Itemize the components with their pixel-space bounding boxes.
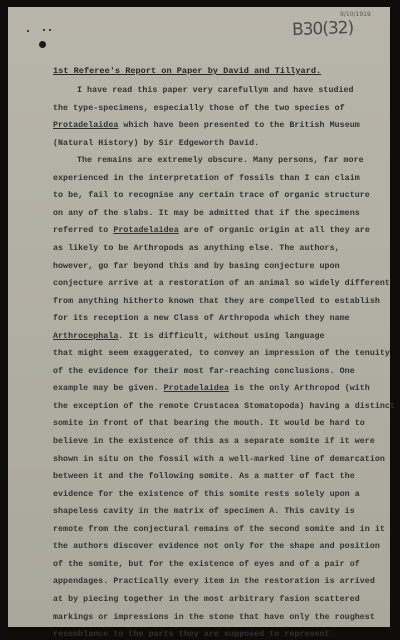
text-line: of the evidence for their most far-reach… [53,367,355,376]
text-span: (Natural History) by Sir Edgeworth David… [53,139,259,148]
text-line: referred to Protadelaidea are of organic… [53,226,370,235]
text-line: for its reception a new Class of Arthrop… [53,314,350,323]
punch-hole-mark [39,41,46,48]
text-line: somite in front of that bearing the mout… [53,419,365,428]
underlined-taxon-name: Protadelaidea [164,384,229,393]
text-span: experienced in the interpretation of fos… [53,174,360,183]
text-span: shown in situ on the fossil with a well-… [53,455,385,464]
text-line: appendages. Practically every item in th… [53,577,375,586]
text-span: at by piecing together in the most arbit… [53,595,360,604]
text-line: at by piecing together in the most arbit… [53,595,360,604]
text-line: as likely to be Arthropods as anything e… [53,244,340,253]
text-span: that might seem exaggerated, to convey a… [53,349,390,358]
text-line: however, go far beyond this and by basin… [53,262,340,271]
text-line: I have read this paper very carefullym a… [77,86,354,95]
text-line: evidence for the existence of this somit… [53,490,360,499]
text-line: conjecture arrive at a restoration of an… [53,279,390,288]
text-span: of the somite, but for the existence of … [53,560,360,569]
text-line: that might seem exaggerated, to convey a… [53,349,390,358]
underlined-taxon-name: Protadelaidea [53,121,118,130]
text-span: from anything hitherto known that they a… [53,297,380,306]
text-span: markings or impressions in the stone tha… [53,613,375,622]
ink-speck [43,29,45,31]
text-line: Arthrocephala. It is difficult, without … [53,332,325,341]
text-span: are of organic origin at all they are [179,226,370,235]
text-line: (Natural History) by Sir Edgeworth David… [53,139,259,148]
text-span: the type-specimens, especially those of … [53,104,345,113]
handwritten-date-annotation: 9/10/1919 [340,11,371,18]
text-span: resemblance to the parts they are suppos… [53,630,335,639]
text-line: the type-specimens, especially those of … [53,104,345,113]
text-span: as likely to be Arthropods as anything e… [53,244,340,253]
text-span: believe in the existence of this as a se… [53,437,375,446]
text-span: shapeless cavity in the matrix of specim… [53,507,355,516]
text-line: markings or impressions in the stone tha… [53,613,375,622]
text-line: the exception of the remote Crustacea St… [53,402,395,411]
text-span: between it and the following somite. As … [53,472,355,481]
text-span: somite in front of that bearing the mout… [53,419,365,428]
text-line: believe in the existence of this as a se… [53,437,375,446]
underlined-taxon-name: Arthrocephala [53,332,118,341]
text-line: remote from the conjectural remains of t… [53,525,385,534]
text-span: remote from the conjectural remains of t… [53,525,385,534]
text-line: the authors discover evidence not only f… [53,542,380,551]
ink-speck [49,29,51,31]
text-line: from anything hitherto known that they a… [53,297,380,306]
text-line: example may be given. Protadelaidea is t… [53,384,370,393]
text-line: Protadelaidea which have been presented … [53,121,360,130]
underlined-taxon-name: Protadelaidea [113,226,178,235]
text-span: example may be given. [53,384,164,393]
text-line: on any of the slabs. It may be admitted … [53,209,360,218]
text-span: to be, fail to recognise any certain tra… [53,191,370,200]
text-span: on any of the slabs. It may be admitted … [53,209,360,218]
text-span: . It is difficult, without using languag… [118,332,324,341]
text-span: appendages. Practically every item in th… [53,577,375,586]
document-title: 1st Referee's Report on Paper by David a… [53,66,321,76]
text-line: shapeless cavity in the matrix of specim… [53,507,355,516]
text-line: experienced in the interpretation of fos… [53,174,360,183]
text-span: evidence for the existence of this somit… [53,490,360,499]
text-span: for its reception a new Class of Arthrop… [53,314,350,323]
text-line: to be, fail to recognise any certain tra… [53,191,370,200]
text-span: which have been presented to the British… [118,121,359,130]
text-span: however, go far beyond this and by basin… [53,262,340,271]
text-line: resemblance to the parts they are suppos… [53,630,335,639]
text-line: The remains are extremely obscure. Many … [77,156,364,165]
text-span: I have read this paper very carefullym a… [77,86,354,95]
text-line: shown in situ on the fossil with a well-… [53,455,385,464]
text-span: the authors discover evidence not only f… [53,542,380,551]
text-span: the exception of the remote Crustacea St… [53,402,395,411]
text-span: of the evidence for their most far-reach… [53,367,355,376]
text-line: between it and the following somite. As … [53,472,355,481]
text-span: is the only Arthropod (with [229,384,370,393]
text-span: conjecture arrive at a restoration of an… [53,279,390,288]
handwritten-reference-annotation: B30(32) [292,18,354,40]
text-line: of the somite, but for the existence of … [53,560,360,569]
text-span: The remains are extremely obscure. Many … [77,156,364,165]
text-span: referred to [53,226,113,235]
ink-speck [27,30,29,32]
